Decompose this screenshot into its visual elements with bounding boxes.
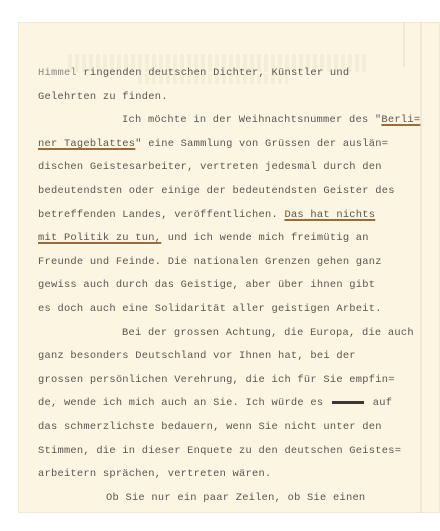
text-line: Ich möchte in der Weihnachtsnummer des "… [38,109,418,133]
underlined-text: Das hat nichts [284,209,375,221]
text-line: gewiss auch durch das Geistige, aber übe… [38,274,418,298]
text-segment: das schmerzlichste bedauern, wenn Sie ni… [38,421,382,433]
text-line: es doch auch eine Solidarität aller geis… [38,298,418,322]
text-segment: bedeutendsten oder einige der bedeutends… [38,185,395,197]
paper-fold-mark [420,22,422,513]
text-segment: de, wende ich mich auch an Sie. Ich würd… [38,397,330,409]
text-segment: es doch auch eine Solidarität aller geis… [38,303,382,315]
text-line: Stimmen, die in dieser Enquete zu den de… [38,440,418,464]
text-segment: und ich wende mich freimütig an [161,232,369,244]
text-line: Himmel ringenden deutschen Dichter, Küns… [38,62,418,86]
text-line: mit Politik zu tun, und ich wende mich f… [38,227,418,251]
text-segment: Gelehrten zu finden. [38,91,168,103]
text-line: Gelehrten zu finden. [38,86,418,110]
text-segment: arbeitern sprächen, vertreten wären. [38,468,271,480]
underlined-text: ner Tageblattes [38,138,135,150]
scanned-page: Himmel ringenden deutschen Dichter, Küns… [0,0,440,531]
text-segment: auf [366,397,392,409]
text-segment: Ob Sie nur ein paar Zeilen, ob Sie einen [106,492,365,504]
text-segment: Freunde und Feinde. Die nationalen Grenz… [38,256,382,268]
text-line: ner Tageblattes" eine Sammlung von Grüss… [38,133,418,157]
text-segment: gewiss auch durch das Geistige, aber übe… [38,279,375,291]
text-line: ganz besonders Deutschland vor Ihnen hat… [38,345,418,369]
text-segment: " eine Sammlung von Grüssen der auslän= [135,138,388,150]
text-segment: Ich möchte in der Weihnachtsnummer des " [122,114,381,126]
text-line: das schmerzlichste bedauern, wenn Sie ni… [38,416,418,440]
text-line: dischen Geistesarbeiter, vertreten jedes… [38,156,418,180]
struck-out-word: xxxxx [332,401,364,404]
paper-fold-mark [403,22,405,67]
text-line: Ob Sie nur ein paar Zeilen, ob Sie einen [38,487,418,511]
underlined-text: mit Politik zu tun, [38,232,161,244]
underlined-text: Berli= [381,114,420,126]
text-segment: ringenden deutschen Dichter, Künstler un… [77,67,349,79]
text-line: bedeutendsten oder einige der bedeutends… [38,180,418,204]
text-line: de, wende ich mich auch an Sie. Ich würd… [38,392,418,416]
text-line: arbeitern sprächen, vertreten wären. [38,463,418,487]
text-segment: grossen persönlichen Verehrung, die ich … [38,374,395,386]
text-segment: Bei der grossen Achtung, die Europa, die… [122,327,414,339]
text-line: grossen persönlichen Verehrung, die ich … [38,369,418,393]
text-segment: ganz besonders Deutschland vor Ihnen hat… [38,350,356,362]
text-line: Freunde und Feinde. Die nationalen Grenz… [38,251,418,275]
text-line: Bei der grossen Achtung, die Europa, die… [38,322,418,346]
text-segment: betreffenden Landes, veröffentlichen. [38,209,284,221]
typewritten-body: Himmel ringenden deutschen Dichter, Küns… [38,62,418,510]
text-line: betreffenden Landes, veröffentlichen. Da… [38,204,418,228]
text-segment: dischen Geistesarbeiter, vertreten jedes… [38,161,382,173]
text-segment: Himmel [38,67,77,79]
text-segment: Stimmen, die in dieser Enquete zu den de… [38,445,401,457]
